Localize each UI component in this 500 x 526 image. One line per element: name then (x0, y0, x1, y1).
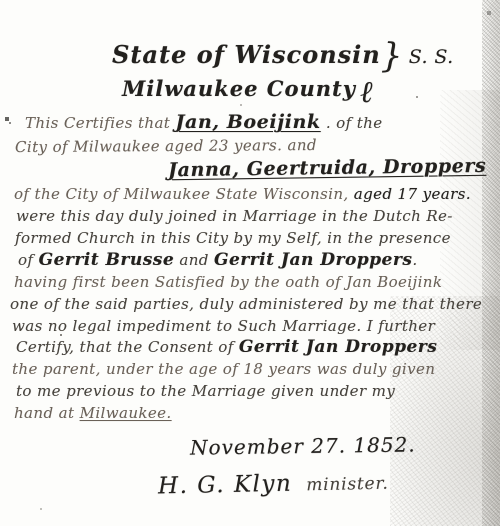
signature-title: minister. (306, 474, 389, 496)
witness-mid-text: and (174, 251, 214, 269)
consent-line-3: to me previous to the Marriage given und… (16, 379, 395, 403)
witness-line: of Gerrit Brusse and Gerrit Jan Droppers… (18, 248, 418, 272)
bride-city-pre-text: of the City of Milwaukee State Wisconsin… (14, 185, 354, 203)
witness-1-name: Gerrit Brusse (39, 250, 175, 270)
bride-name: Janna, Geertruida, Droppers (168, 155, 487, 181)
hand-pre-text: hand at (14, 404, 80, 422)
joined-line-1: were this day duly joined in Marriage in… (16, 204, 453, 228)
certify-line: This Certifies that Jan, Boeijink . of t… (25, 110, 383, 135)
groom-city-line: City of Milwaukee aged 23 years. and (15, 133, 317, 159)
signature-name: H. G. Klyn (158, 471, 293, 500)
state-of-wisconsin-text: State of Wisconsin (112, 40, 381, 69)
consent-line-1: Certify, that the Consent of Gerrit Jan … (16, 335, 437, 359)
bride-name-line: Janna, Geertruida, Droppers (168, 154, 487, 183)
milwaukee-county-text: Milwaukee County (122, 76, 356, 101)
flourish-glyph: ℓ (360, 75, 373, 110)
signature-line: H. G. Klynminister. (158, 470, 389, 501)
brace-glyph: } (381, 36, 403, 76)
certify-pre-text: This Certifies that (25, 114, 175, 132)
joined-line-2: formed Church in this City by my Self, i… (15, 226, 451, 250)
certify-post-text: . of the (321, 114, 383, 132)
oath-line-1: having first been Satisfied by the oath … (14, 270, 442, 294)
oath-line-2: one of the said parties, duly administer… (10, 292, 482, 316)
bride-age-text: aged 17 years. (354, 185, 471, 203)
hand-line: hand at Milwaukee. (14, 401, 172, 425)
consent-pre-text: Certify, that the Consent of (16, 338, 239, 356)
witness-post-text: . (412, 251, 417, 269)
header-county-line: Milwaukee Countyℓ (122, 74, 373, 108)
bride-city-line: of the City of Milwaukee State Wisconsin… (14, 182, 471, 206)
header-state-line: State of Wisconsin}S. S. (112, 36, 454, 77)
scan-specks (0, 0, 2, 2)
hand-place-text: Milwaukee. (80, 404, 172, 422)
document-scan: State of Wisconsin}S. S. Milwaukee Count… (0, 0, 500, 526)
groom-name: Jan, Boeijink (175, 111, 320, 133)
witness-2-name: Gerrit Jan Droppers (214, 250, 412, 270)
witness-pre-text: of (18, 251, 39, 269)
ss-mark: S. S. (409, 46, 454, 68)
date-line: November 27. 1852. (190, 432, 416, 459)
consent-line-2: the parent, under the age of 18 years wa… (12, 357, 435, 381)
consent-name: Gerrit Jan Droppers (239, 337, 437, 357)
